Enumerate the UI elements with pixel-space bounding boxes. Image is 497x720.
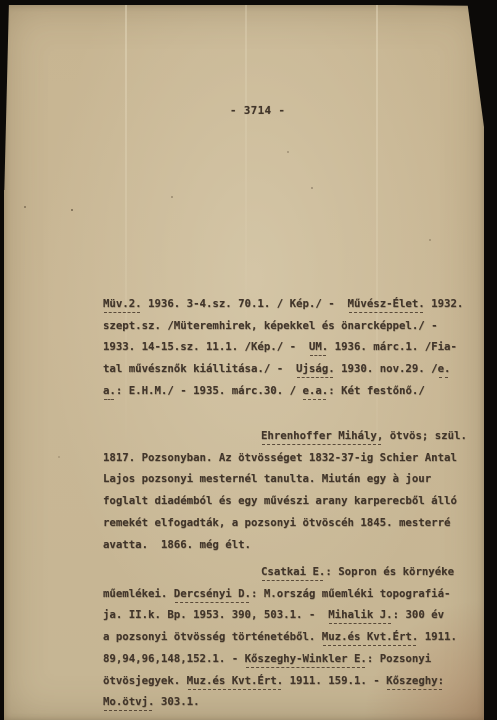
text-line: tal művésznők kiállitása./ - Ujság. 1930… [103, 358, 478, 380]
text-line: Mo.ötvj. 303.1. [103, 691, 478, 713]
underlined-text: Kőszeghy: [386, 674, 444, 687]
text-segment: : 300 év [393, 608, 444, 621]
text-line: Ehrenhoffer Mihály, ötvös; szül. [103, 425, 478, 447]
text-segment: ötvösjegyek. [103, 674, 187, 687]
text-segment: remekét elfogadták, a pozsonyi ötvöscéh … [103, 516, 450, 529]
underlined-text: a. [103, 384, 116, 397]
text-segment: avatta. 1866. még élt. [103, 538, 251, 551]
underlined-text: Ujság. [296, 362, 335, 375]
paragraph-bibliography-entry: Csatkai E.: Sopron és környékeműemlékei.… [103, 561, 478, 713]
text-segment: : M.ország műemléki topografiá- [251, 587, 450, 600]
paragraph-biography-entry: Ehrenhoffer Mihály, ötvös; szül.1817. Po… [103, 425, 478, 555]
text-segment: tal művésznők kiállitása./ - [103, 362, 296, 375]
text-segment: 1936. 3-4.sz. 70.1. / Kép./ - [142, 297, 348, 310]
text-line: Müv.2. 1936. 3-4.sz. 70.1. / Kép./ - Műv… [103, 293, 478, 315]
text-segment: ötvös; szül. [383, 429, 467, 442]
text-segment: 1911. [418, 630, 457, 643]
text-segment: foglalt diadémból és egy művészi arany k… [103, 494, 457, 507]
underlined-text: UM. [309, 340, 328, 353]
text-line: remekét elfogadták, a pozsonyi ötvöscéh … [103, 512, 478, 534]
text-line: 1817. Pozsonyban. Az ötvösséget 1832-37-… [103, 447, 478, 469]
text-line: 1933. 14-15.sz. 11.1. /Kép./ - UM. 1936.… [103, 336, 478, 358]
underlined-text: e. [438, 362, 451, 375]
underlined-text: Csatkai E. [261, 565, 325, 578]
text-segment: Lajos pozsonyi mesternél tanulta. Miután… [103, 472, 431, 485]
text-segment: 303.1. [154, 695, 199, 708]
text-line: a.: E.H.M./ - 1935. márc.30. / e.a.: Két… [103, 380, 478, 402]
text-segment: ja. II.k. Bp. 1953. 390, 503.1. - [103, 608, 328, 621]
text-segment: a pozsonyi ötvösség történetéből. [103, 630, 322, 643]
text-line: szept.sz. /Müteremhirek, képekkel és öna… [103, 315, 478, 337]
text-segment: : Sopron és környéke [325, 565, 454, 578]
text-line: avatta. 1866. még élt. [103, 534, 478, 556]
paper-sheet: - 3714 - Müv.2. 1936. 3-4.sz. 70.1. / Ké… [4, 5, 484, 720]
underlined-text: e.a. [302, 384, 328, 397]
underlined-text: Mo.ötvj. [103, 695, 154, 708]
text-segment: 1936. márc.1. /Fia- [328, 340, 457, 353]
text-line: 89,94,96,148,152.1. - Kőszeghy-Winkler E… [103, 648, 478, 670]
text-line: Csatkai E.: Sopron és környéke [103, 561, 478, 583]
text-segment: : E.H.M./ - 1935. márc.30. / [116, 384, 303, 397]
underlined-text: Muz.és Kvt.Ért. [187, 674, 284, 687]
text-line: ja. II.k. Bp. 1953. 390, 503.1. - Mihali… [103, 604, 478, 626]
text-line: a pozsonyi ötvösség történetéből. Muz.és… [103, 626, 478, 648]
underlined-text: Muz.és Kvt.Ért. [322, 630, 419, 643]
text-segment: szept.sz. /Müteremhirek, képekkel és öna… [103, 319, 438, 332]
text-segment: : Két festőnő./ [328, 384, 425, 397]
text-segment: műemlékei. [103, 587, 174, 600]
scanned-document: - 3714 - Müv.2. 1936. 3-4.sz. 70.1. / Ké… [0, 0, 497, 720]
text-line: foglalt diadémból és egy művészi arany k… [103, 490, 478, 512]
page-number: - 3714 - [230, 104, 285, 117]
underlined-text: Dercsényi D. [174, 587, 251, 600]
underlined-text: Kőszeghy-Winkler E. [245, 652, 367, 665]
text-line: Lajos pozsonyi mesternél tanulta. Miután… [103, 468, 478, 490]
underlined-text: Müv.2. [103, 297, 142, 310]
paragraph-bibliography-continuation: Müv.2. 1936. 3-4.sz. 70.1. / Kép./ - Műv… [103, 293, 478, 402]
text-line: ötvösjegyek. Muz.és Kvt.Ért. 1911. 159.1… [103, 670, 478, 692]
text-segment: : Pozsonyi [367, 652, 431, 665]
text-segment: 1911. 159.1. - [283, 674, 386, 687]
text-segment: 1930. nov.29. / [335, 362, 438, 375]
underlined-text: Ehrenhoffer Mihály, [261, 429, 383, 442]
underlined-text: Művész-Élet. [348, 297, 425, 310]
underlined-text: Mihalik J. [328, 608, 392, 621]
text-segment: 89,94,96,148,152.1. - [103, 652, 245, 665]
text-segment: 1933. 14-15.sz. 11.1. /Kép./ - [103, 340, 309, 353]
text-segment: 1932. [425, 297, 464, 310]
text-segment: 1817. Pozsonyban. Az ötvösséget 1832-37-… [103, 451, 457, 464]
text-line: műemlékei. Dercsényi D.: M.ország műemlé… [103, 583, 478, 605]
